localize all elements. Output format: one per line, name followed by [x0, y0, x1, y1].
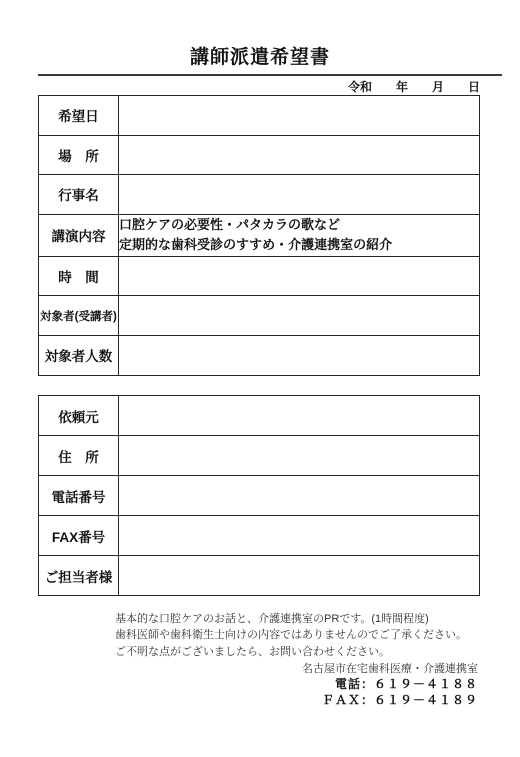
row-label-requester: 依頼元 [39, 396, 119, 436]
table-row: 講演内容 口腔ケアの必要性・パタカラの歌など 定期的な歯科受診のすすめ・介護連携… [39, 214, 480, 256]
table-row: 場 所 [39, 135, 480, 175]
note-line: ご不明な点がございましたら、お問い合わせください。 [115, 644, 505, 660]
page-title: 講師派遣希望書 [0, 42, 520, 69]
phone-number-line: 電話：６１９－４１８８ [38, 675, 478, 692]
note-line: 基本的な口腔ケアのお話と、介護連携室のPRです。(1時間程度) [115, 611, 505, 627]
row-label-audience-count: 対象者人数 [39, 335, 119, 375]
table-row: 希望日 [39, 96, 480, 136]
request-date-field [119, 96, 480, 136]
row-label-event-name: 行事名 [39, 175, 119, 215]
row-label-audience: 対象者(受講者) [39, 296, 119, 336]
date-line: 令和 年 月 日 [38, 78, 480, 95]
audience-field [119, 296, 480, 336]
row-label-request-date: 希望日 [39, 96, 119, 136]
note-line: 歯科医師や歯科衛生士向けの内容ではありませんのでご了承ください。 [115, 627, 505, 643]
table-row: 電話番号 [39, 476, 480, 516]
table-row: ご担当者様 [39, 556, 480, 596]
phone-field [119, 476, 480, 516]
table-row: 対象者人数 [39, 335, 480, 375]
organization-name: 名古屋市在宅歯科医療・介護連携室 [38, 660, 478, 676]
title-underline [38, 74, 502, 76]
fax-field [119, 516, 480, 556]
table-row: 行事名 [39, 175, 480, 215]
table-row: 依頼元 [39, 396, 480, 436]
table-row: FAX番号 [39, 516, 480, 556]
row-label-contact-person: ご担当者様 [39, 556, 119, 596]
request-table: 希望日 場 所 行事名 講演内容 口腔ケアの必要性・パタカラの歌など 定期的な歯… [38, 95, 480, 376]
event-name-field [119, 175, 480, 215]
row-label-lecture-content: 講演内容 [39, 214, 119, 256]
lecture-content-line: 定期的な歯科受診のすすめ・介護連携室の紹介 [119, 235, 479, 255]
document-page: 講師派遣希望書 令和 年 月 日 希望日 場 所 行事名 講演内容 口腔ケアの必… [0, 0, 520, 757]
address-field [119, 436, 480, 476]
table-row: 時 間 [39, 256, 480, 296]
fax-number-line: ＦＡＸ：６１９－４１８９ [38, 691, 478, 708]
location-field [119, 135, 480, 175]
time-field [119, 256, 480, 296]
row-label-time: 時 間 [39, 256, 119, 296]
row-label-fax: FAX番号 [39, 516, 119, 556]
row-label-location: 場 所 [39, 135, 119, 175]
requester-field [119, 396, 480, 436]
footer-notes: 基本的な口腔ケアのお話と、介護連携室のPRです。(1時間程度) 歯科医師や歯科衛… [115, 611, 505, 660]
lecture-content-field: 口腔ケアの必要性・パタカラの歌など 定期的な歯科受診のすすめ・介護連携室の紹介 [119, 214, 480, 256]
lecture-content-line: 口腔ケアの必要性・パタカラの歌など [119, 215, 479, 235]
contact-person-field [119, 556, 480, 596]
table-row: 住 所 [39, 436, 480, 476]
row-label-address: 住 所 [39, 436, 119, 476]
audience-count-field [119, 335, 480, 375]
table-row: 対象者(受講者) [39, 296, 480, 336]
row-label-phone: 電話番号 [39, 476, 119, 516]
requester-table: 依頼元 住 所 電話番号 FAX番号 ご担当者様 [38, 395, 480, 596]
